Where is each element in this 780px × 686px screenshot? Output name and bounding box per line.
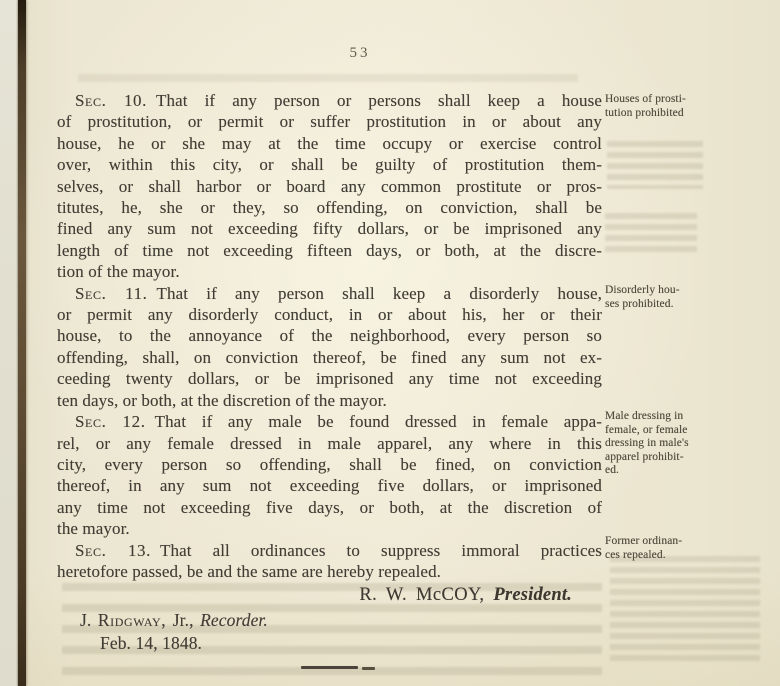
- margin-note-line: apparel prohibit-: [605, 451, 755, 465]
- margin-note-line: ses prohibited.: [605, 298, 755, 312]
- body-line: fined any sum not exceeding fifty dollar…: [57, 218, 602, 239]
- body-line: Sec. 13.That all ordinances to suppress …: [57, 540, 602, 561]
- body-line: house, to the annoyance of the neighborh…: [57, 325, 602, 346]
- section-13-first-line: That all ordinances to suppress immoral …: [160, 541, 602, 560]
- body-line: thereof, in any sum not exceeding five d…: [57, 475, 602, 496]
- section-12-first-line: That if any male be found dressed in fem…: [155, 412, 602, 431]
- recorder-suffix: Jr.,: [173, 610, 194, 630]
- body-line: house, he or she may at the time occupy …: [57, 133, 602, 154]
- body-line: Sec. 12.That if any male be found dresse…: [57, 411, 602, 432]
- scanned-book-page: 53 Sec. 10.That if any person or persons…: [0, 0, 780, 686]
- scan-bed-strip: [0, 0, 18, 686]
- section-11-label: Sec. 11.: [75, 284, 148, 303]
- margin-note-line: Disorderly hou-: [605, 284, 755, 298]
- margin-note-line: dressing in male's: [605, 437, 755, 451]
- recorder-title: Recorder.: [200, 610, 268, 630]
- section-13-label: Sec. 13.: [75, 541, 151, 560]
- body-line: over, within this city, or shall be guil…: [57, 154, 602, 175]
- section-10-first-line: That if any person or persons shall keep…: [156, 91, 602, 110]
- section-10: Sec. 10.That if any person or persons sh…: [57, 90, 602, 283]
- date-line: Feb. 14, 1848.: [57, 632, 602, 655]
- ordinance-text-column: Sec. 10.That if any person or persons sh…: [57, 90, 602, 655]
- book-binding-edge: [18, 0, 26, 686]
- recorder-signature: J. Ridgway, Jr., Recorder.: [57, 609, 602, 632]
- body-line: the mayor.: [57, 518, 602, 539]
- body-line: offending, shall, on conviction thereof,…: [57, 347, 602, 368]
- body-line: selves, or shall harbor or board any com…: [57, 176, 602, 197]
- section-13: Sec. 13.That all ordinances to suppress …: [57, 540, 602, 583]
- president-title: President.: [493, 585, 572, 605]
- section-11: Sec. 11.That if any person shall keep a …: [57, 283, 602, 411]
- margin-note-line: ed.: [605, 464, 755, 478]
- body-line: heretofore passed, be and the same are h…: [57, 561, 602, 582]
- section-12-label: Sec. 12.: [75, 412, 146, 431]
- body-line: Sec. 10.That if any person or persons sh…: [57, 90, 602, 111]
- page-number: 53: [330, 45, 390, 62]
- end-rule-long-segment: [301, 666, 358, 669]
- body-line: or permit any disorderly conduct, in or …: [57, 304, 602, 325]
- president-name: R. W. McCOY,: [359, 585, 484, 605]
- margin-note-line: female, or female: [605, 424, 755, 438]
- body-line: Sec. 11.That if any person shall keep a …: [57, 283, 602, 304]
- margin-note-houses-of-prostitution: Houses of prosti- tution prohibited: [605, 93, 755, 120]
- body-line: titutes, he, she or they, so offending, …: [57, 197, 602, 218]
- margin-note-line: Male dressing in: [605, 410, 755, 424]
- margin-note-line: ces repealed.: [605, 549, 755, 563]
- body-line: ceeding twenty dollars, or be imprisoned…: [57, 368, 602, 389]
- section-10-label: Sec. 10.: [75, 91, 147, 110]
- body-line: rel, or any female dressed in male appar…: [57, 433, 602, 454]
- margin-note-disorderly-houses: Disorderly hou- ses prohibited.: [605, 284, 755, 311]
- margin-note-line: Houses of prosti-: [605, 93, 755, 107]
- section-12: Sec. 12.That if any male be found dresse…: [57, 411, 602, 539]
- body-line: of prostitution, or permit or suffer pro…: [57, 111, 602, 132]
- body-line: city, every person so offending, shall b…: [57, 454, 602, 475]
- margin-note-line: Former ordinan-: [605, 535, 755, 549]
- margin-note-line: tution prohibited: [605, 107, 755, 121]
- body-line: length of time not exceeding fifteen day…: [57, 240, 602, 261]
- recorder-initial: J.: [80, 610, 91, 630]
- body-line: ten days, or both, at the discretion of …: [57, 390, 602, 411]
- recorder-surname: Ridgway,: [98, 610, 166, 630]
- margin-note-former-ordinances: Former ordinan- ces repealed.: [605, 535, 755, 562]
- body-line: tion of the mayor.: [57, 261, 602, 282]
- president-signature: R. W. McCOY, President.: [57, 583, 602, 607]
- body-line: any time not exceeding five days, or bot…: [57, 497, 602, 518]
- section-11-first-line: That if any person shall keep a disorder…: [157, 284, 602, 303]
- end-rule-short-segment: [362, 667, 375, 670]
- margin-note-cross-dressing: Male dressing in female, or female dress…: [605, 410, 755, 478]
